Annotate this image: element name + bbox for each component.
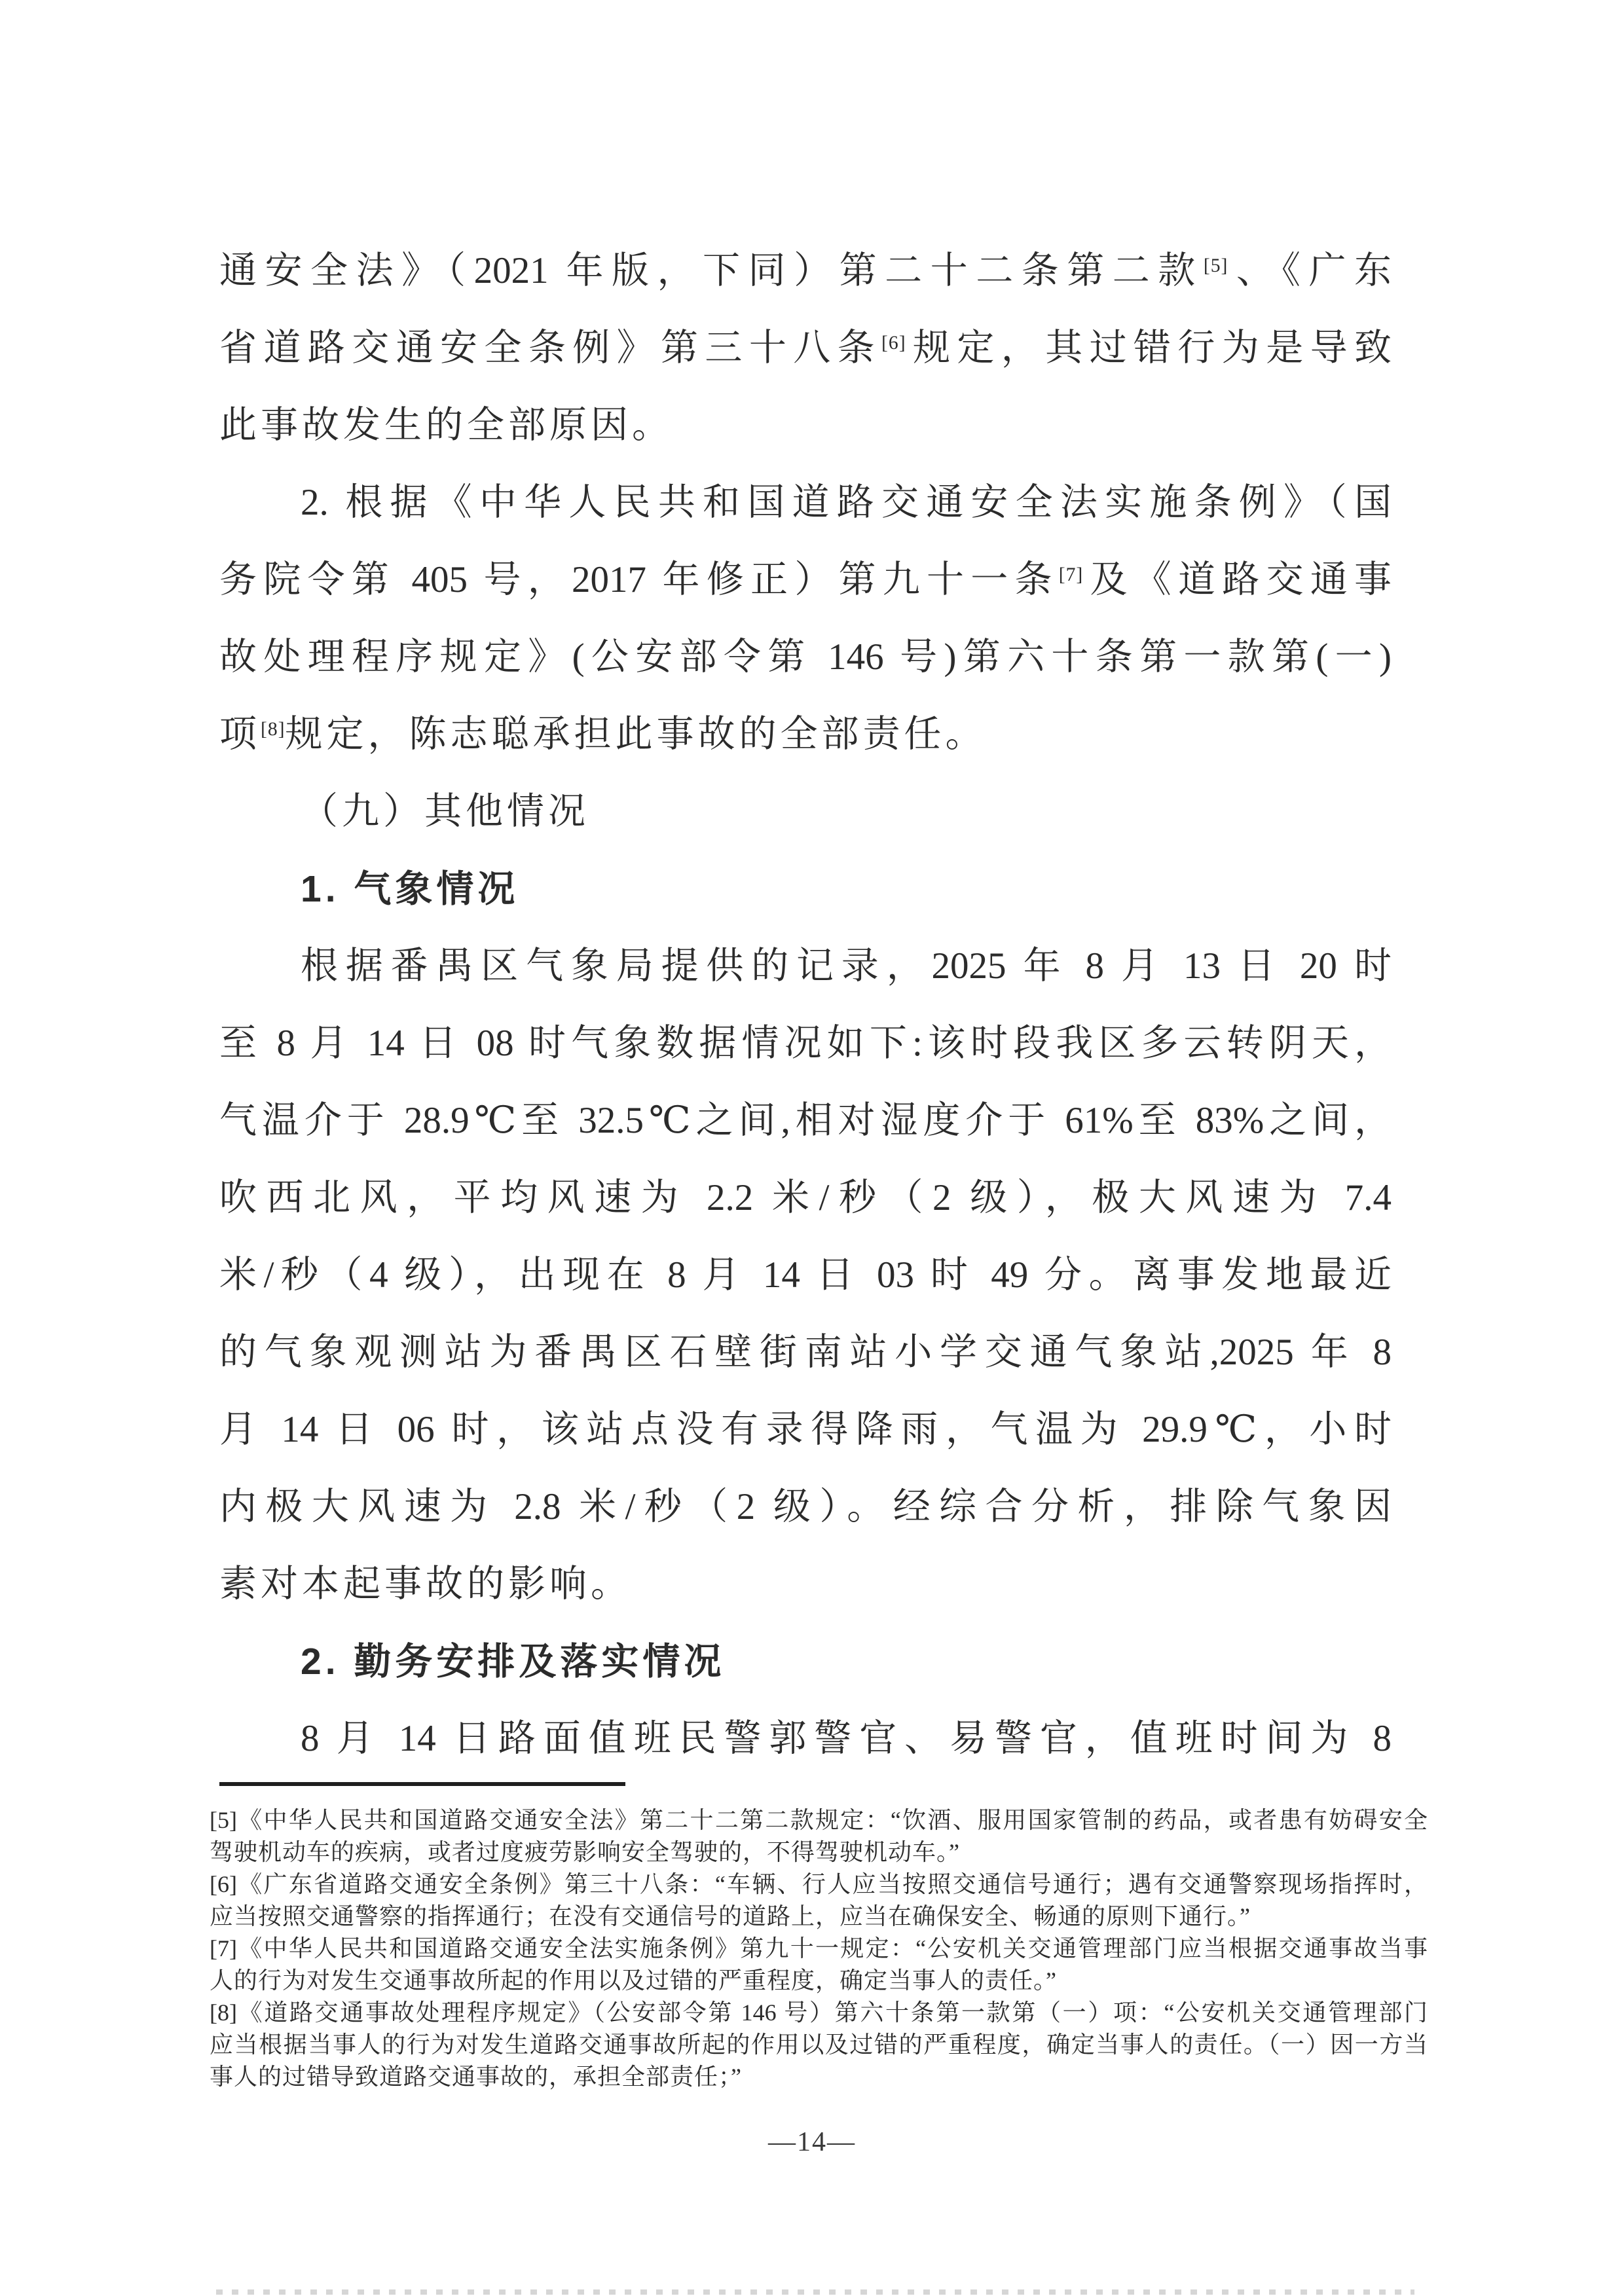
body-line: 项[8]规定，陈志聪承担此事故的全部责任。 bbox=[219, 696, 1392, 773]
footnote-line: 应当根据当事人的行为对发生道路交通事故所起的作用以及过错的严重程度，确定当事人的… bbox=[210, 2029, 1428, 2061]
text-run: 项 bbox=[219, 714, 261, 755]
scan-edge-artifact bbox=[216, 2289, 1414, 2295]
footnote-separator bbox=[219, 1782, 625, 1786]
body-line: 8 月 14 日路面值班民警郭警官、易警官，值班时间为 8 bbox=[219, 1700, 1392, 1777]
footnote-line: [5]《中华人民共和国道路交通安全法》第二十二第二款规定：“饮酒、服用国家管制的… bbox=[210, 1804, 1428, 1836]
text-run: 2. 根据《中华人民共和国道路交通安全法实施条例》（国 bbox=[301, 482, 1392, 523]
body-line: 内极大风速为 2.8 米/秒（2 级）。经综合分析，排除气象因 bbox=[219, 1468, 1392, 1546]
text-run: 省道路交通安全条例》第三十八条 bbox=[219, 327, 881, 369]
footnote-line: [7]《中华人民共和国道路交通安全法实施条例》第九十一规定：“公安机关交通管理部… bbox=[210, 1933, 1428, 1965]
footnote-ref: [5] bbox=[1204, 255, 1228, 276]
text-run: 及《道路交通事 bbox=[1083, 559, 1392, 600]
body-line: 的气象观测站为番禺区石壁街南站小学交通气象站,2025 年 8 bbox=[219, 1314, 1392, 1391]
footnote-line: [6]《广东省道路交通安全条例》第三十八条：“车辆、行人应当按照交通信号通行；遇… bbox=[210, 1868, 1428, 1901]
text-run: 内极大风速为 2.8 米/秒（2 级）。经综合分析，排除气象因 bbox=[219, 1486, 1392, 1527]
body-line: 省道路交通安全条例》第三十八条[6]规定，其过错行为是导致 bbox=[219, 310, 1392, 387]
text-run: 故处理程序规定》(公安部令第 146 号)第六十条第一款第(一) bbox=[219, 636, 1392, 678]
text-run: 此事故发生的全部原因。 bbox=[219, 405, 673, 446]
section-heading: 1. 气象情况 bbox=[219, 850, 1392, 928]
text-run: 吹西北风，平均风速为 2.2 米/秒（2 级），极大风速为 7.4 bbox=[219, 1177, 1392, 1218]
text-run: 通安全法》（2021 年版，下同）第二十二条第二款 bbox=[219, 250, 1204, 291]
footnote-ref: [8] bbox=[261, 719, 286, 740]
text-run: 规定，其过错行为是导致 bbox=[906, 327, 1392, 369]
text-run: 规定，陈志聪承担此事故的全部责任。 bbox=[286, 714, 987, 755]
page-number: —14— bbox=[0, 2126, 1624, 2158]
text-run: 8 月 14 日路面值班民警郭警官、易警官，值班时间为 8 bbox=[301, 1718, 1392, 1759]
text-run: 根据番禺区气象局提供的记录，2025 年 8 月 13 日 20 时 bbox=[301, 945, 1392, 987]
text-run: 月 14 日 06 时，该站点没有录得降雨，气温为 29.9℃，小时 bbox=[219, 1409, 1392, 1450]
text-run: 素对本起事故的影响。 bbox=[219, 1563, 632, 1605]
body-line: （九）其他情况 bbox=[219, 773, 1392, 850]
body-line: 故处理程序规定》(公安部令第 146 号)第六十条第一款第(一) bbox=[219, 619, 1392, 696]
body-line: 吹西北风，平均风速为 2.2 米/秒（2 级），极大风速为 7.4 bbox=[219, 1159, 1392, 1237]
footnotes-block: [5]《中华人民共和国道路交通安全法》第二十二第二款规定：“饮酒、服用国家管制的… bbox=[210, 1804, 1428, 2093]
footnote-line: [8]《道路交通事故处理程序规定》（公安部令第 146 号）第六十条第一款第（一… bbox=[210, 1997, 1428, 2029]
text-run: 、《广东 bbox=[1228, 250, 1392, 291]
body-line: 米/秒（4 级），出现在 8 月 14 日 03 时 49 分。离事发地最近 bbox=[219, 1237, 1392, 1314]
document-page: 通安全法》（2021 年版，下同）第二十二条第二款[5]、《广东省道路交通安全条… bbox=[0, 0, 1624, 2296]
text-run: 的气象观测站为番禺区石壁街南站小学交通气象站,2025 年 8 bbox=[219, 1332, 1392, 1373]
text-run: （九）其他情况 bbox=[301, 791, 589, 832]
text-run: 米/秒（4 级），出现在 8 月 14 日 03 时 49 分。离事发地最近 bbox=[219, 1254, 1392, 1296]
document-body: 通安全法》（2021 年版，下同）第二十二条第二款[5]、《广东省道路交通安全条… bbox=[219, 232, 1392, 1777]
body-line: 通安全法》（2021 年版，下同）第二十二条第二款[5]、《广东 bbox=[219, 232, 1392, 310]
footnote-line: 应当按照交通警察的指挥通行；在没有交通信号的道路上，应当在确保安全、畅通的原则下… bbox=[210, 1901, 1428, 1933]
section-heading: 2. 勤务安排及落实情况 bbox=[219, 1623, 1392, 1700]
body-line: 月 14 日 06 时，该站点没有录得降雨，气温为 29.9℃，小时 bbox=[219, 1391, 1392, 1468]
text-run: 至 8 月 14 日 08 时气象数据情况如下:该时段我区多云转阴天， bbox=[219, 1023, 1392, 1064]
footnote-line: 事人的过错导致道路交通事故的，承担全部责任；” bbox=[210, 2061, 1428, 2093]
body-line: 务院令第 405 号，2017 年修正）第九十一条[7]及《道路交通事 bbox=[219, 541, 1392, 619]
body-line: 2. 根据《中华人民共和国道路交通安全法实施条例》（国 bbox=[219, 464, 1392, 541]
footnote-line: 人的行为对发生交通事故所起的作用以及过错的严重程度，确定当事人的责任。” bbox=[210, 1965, 1428, 1997]
body-line: 素对本起事故的影响。 bbox=[219, 1546, 1392, 1623]
body-line: 根据番禺区气象局提供的记录，2025 年 8 月 13 日 20 时 bbox=[219, 928, 1392, 1005]
footnote-ref: [6] bbox=[881, 333, 906, 354]
body-line: 至 8 月 14 日 08 时气象数据情况如下:该时段我区多云转阴天， bbox=[219, 1005, 1392, 1082]
footnote-line: 驾驶机动车的疾病，或者过度疲劳影响安全驾驶的，不得驾驶机动车。” bbox=[210, 1836, 1428, 1868]
text-run: 务院令第 405 号，2017 年修正）第九十一条 bbox=[219, 559, 1059, 600]
text-run: 气温介于 28.9℃至 32.5℃之间,相对湿度介于 61%至 83%之间， bbox=[219, 1100, 1392, 1141]
footnote-ref: [7] bbox=[1059, 564, 1084, 585]
text-run: 2. 勤务安排及落实情况 bbox=[301, 1641, 725, 1683]
body-line: 此事故发生的全部原因。 bbox=[219, 387, 1392, 464]
text-run: 1. 气象情况 bbox=[301, 868, 519, 910]
body-line: 气温介于 28.9℃至 32.5℃之间,相对湿度介于 61%至 83%之间， bbox=[219, 1082, 1392, 1159]
